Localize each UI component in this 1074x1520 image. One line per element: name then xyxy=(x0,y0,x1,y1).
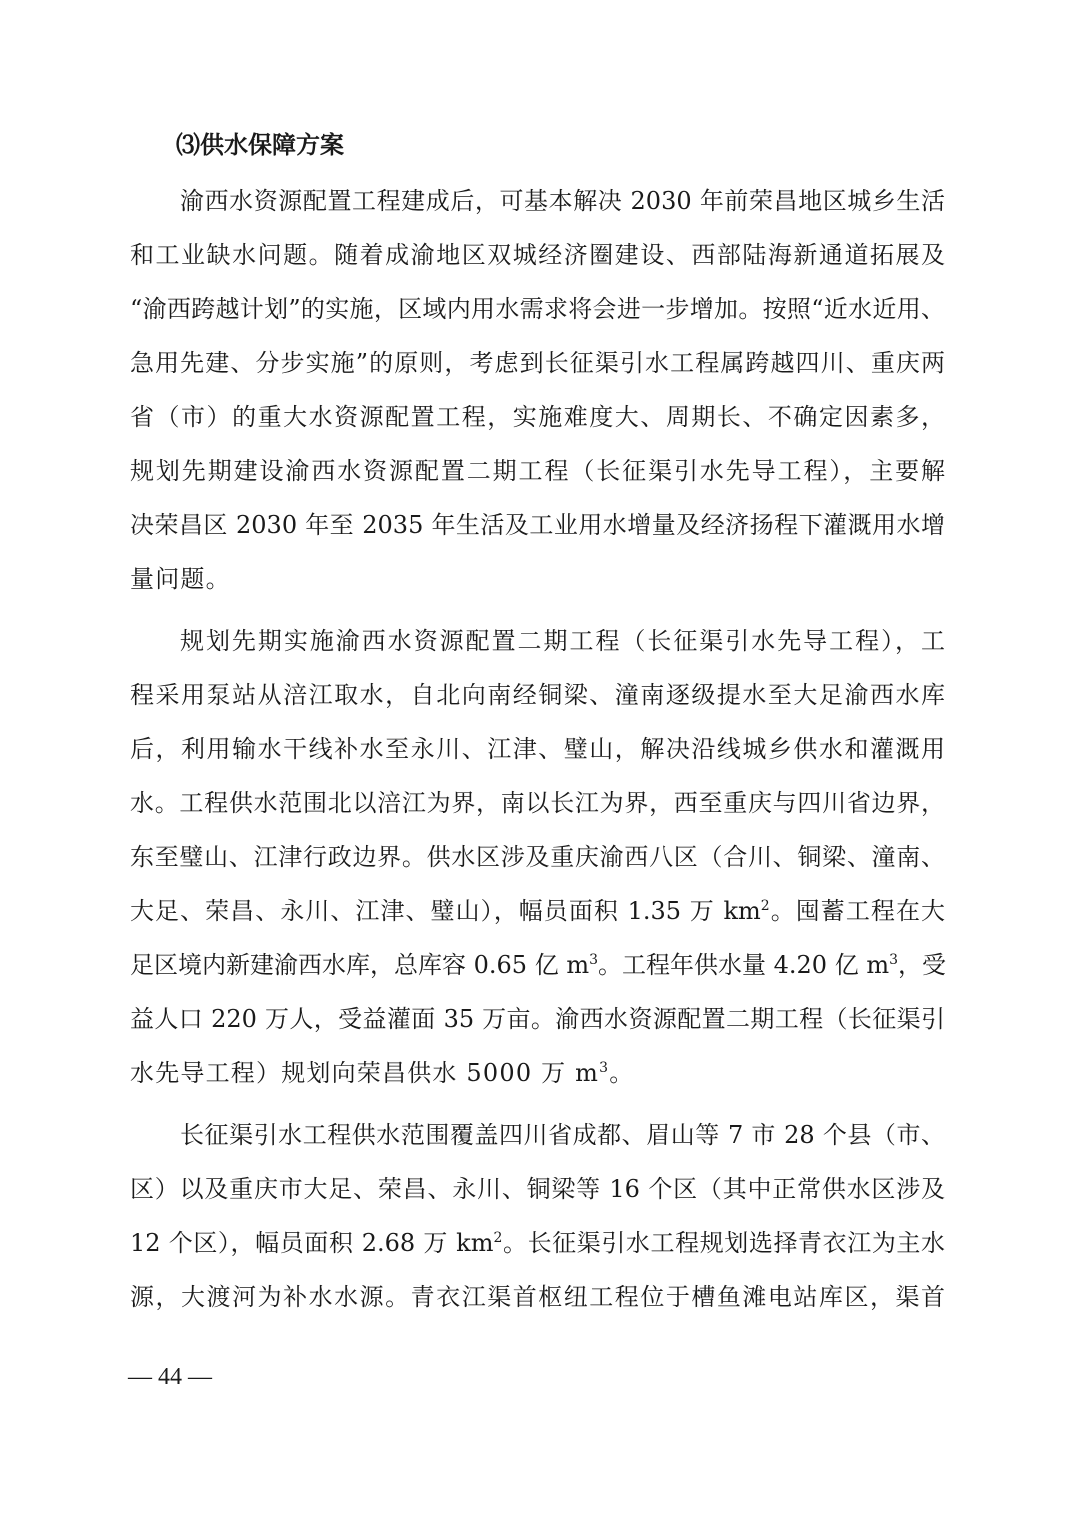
paragraph-2-line-1: 规划先期实施渝西水资源配置二期工程（长征渠引水先导工程），工 xyxy=(180,624,945,658)
paragraph-1-line-1: 渝西水资源配置工程建成后，可基本解决 2030 年前荣昌地区城乡生活 xyxy=(180,184,945,218)
page-number: — 44 — xyxy=(128,1362,212,1392)
paragraph-1-line-8: 量问题。 xyxy=(130,562,945,596)
paragraph-1-line-2: 和工业缺水问题。随着成渝地区双城经济圈建设、西部陆海新通道拓展及 xyxy=(130,238,945,272)
line-text: 足区境内新建渝西水库，总库容 0.65 亿 m xyxy=(130,951,589,979)
paragraph-3-line-2: 区）以及重庆市大足、荣昌、永川、铜梁等 16 个区（其中正常供水区涉及 xyxy=(130,1172,945,1206)
paragraph-2-line-7: 足区境内新建渝西水库，总库容 0.65 亿 m3。工程年供水量 4.20 亿 m… xyxy=(130,948,945,982)
paragraph-2-line-8: 益人口 220 万人，受益灌面 35 万亩。渝西水资源配置二期工程（长征渠引 xyxy=(130,1002,945,1036)
line-text: 12 个区），幅员面积 2.68 万 km xyxy=(130,1229,493,1257)
line-text-tail: 。 xyxy=(609,1059,634,1087)
paragraph-1-line-3: “渝西跨越计划”的实施，区域内用水需求将会进一步增加。按照“近水近用、 xyxy=(130,292,945,326)
line-text: 大足、荣昌、永川、江津、璧山），幅员面积 1.35 万 km xyxy=(130,897,761,925)
superscript: 2 xyxy=(761,898,770,914)
paragraph-3-line-1: 长征渠引水工程供水范围覆盖四川省成都、眉山等 7 市 28 个县（市、 xyxy=(180,1118,945,1152)
line-text-tail: 。囤蓄工程在大 xyxy=(770,897,945,925)
document-page: ⑶供水保障方案 渝西水资源配置工程建成后，可基本解决 2030 年前荣昌地区城乡… xyxy=(0,0,1074,1520)
superscript: 3 xyxy=(589,952,598,968)
paragraph-1-line-5: 省（市）的重大水资源配置工程，实施难度大、周期长、不确定因素多， xyxy=(130,400,945,434)
superscript: 3 xyxy=(599,1060,609,1076)
section-heading: ⑶供水保障方案 xyxy=(176,128,344,162)
paragraph-2-line-9: 水先导工程）规划向荣昌供水 5000 万 m3。 xyxy=(130,1056,945,1090)
paragraph-2-line-6: 大足、荣昌、永川、江津、璧山），幅员面积 1.35 万 km2。囤蓄工程在大 xyxy=(130,894,945,928)
paragraph-2-line-4: 水。工程供水范围北以涪江为界，南以长江为界，西至重庆与四川省边界， xyxy=(130,786,945,820)
paragraph-2-line-5: 东至璧山、江津行政边界。供水区涉及重庆渝西八区（合川、铜梁、潼南、 xyxy=(130,840,945,874)
paragraph-2-line-3: 后，利用输水干线补水至永川、江津、璧山，解决沿线城乡供水和灌溉用 xyxy=(130,732,945,766)
paragraph-3-line-3: 12 个区），幅员面积 2.68 万 km2。长征渠引水工程规划选择青衣江为主水 xyxy=(130,1226,945,1260)
line-text-mid: 。工程年供水量 4.20 亿 m xyxy=(598,951,889,979)
paragraph-2-line-2: 程采用泵站从涪江取水，自北向南经铜梁、潼南逐级提水至大足渝西水库 xyxy=(130,678,945,712)
line-text-tail: ，受 xyxy=(898,951,946,979)
paragraph-3-line-4: 源，大渡河为补水水源。青衣江渠首枢纽工程位于槽鱼滩电站库区，渠首 xyxy=(130,1280,945,1314)
paragraph-1-line-4: 急用先建、分步实施”的原则，考虑到长征渠引水工程属跨越四川、重庆两 xyxy=(130,346,945,380)
superscript: 3 xyxy=(889,952,898,968)
paragraph-1-line-6: 规划先期建设渝西水资源配置二期工程（长征渠引水先导工程），主要解 xyxy=(130,454,945,488)
line-text: 水先导工程）规划向荣昌供水 5000 万 m xyxy=(130,1059,599,1087)
paragraph-1-line-7: 决荣昌区 2030 年至 2035 年生活及工业用水增量及经济扬程下灌溉用水增 xyxy=(130,508,945,542)
line-text-tail: 。长征渠引水工程规划选择青衣江为主水 xyxy=(502,1229,945,1257)
